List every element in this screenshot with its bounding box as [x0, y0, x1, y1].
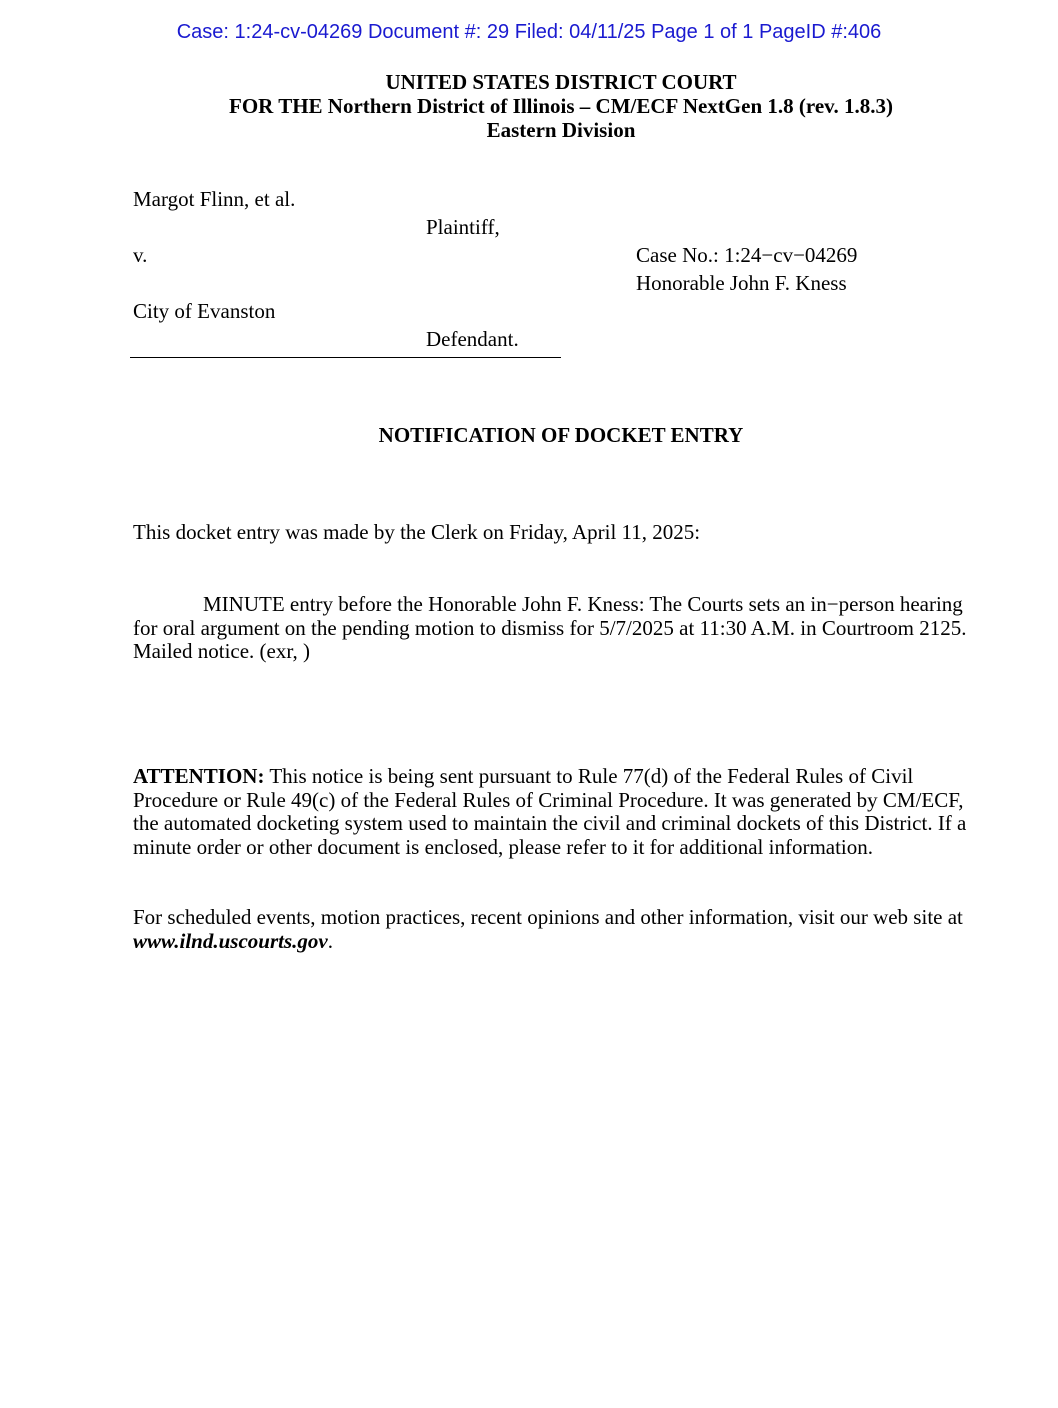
website-notice: For scheduled events, motion practices, … — [133, 906, 983, 953]
caption-divider — [130, 357, 561, 358]
defendant-label: Defendant. — [426, 327, 519, 351]
defendant-name: City of Evanston — [133, 299, 275, 323]
attention-notice: ATTENTION: This notice is being sent pur… — [133, 765, 983, 859]
case-number: Case No.: 1:24−cv−04269 — [636, 243, 857, 267]
plaintiff-label: Plaintiff, — [426, 215, 500, 239]
website-notice-text: For scheduled events, motion practices, … — [133, 905, 963, 929]
judge-name: Honorable John F. Kness — [636, 271, 847, 295]
attention-label: ATTENTION: — [133, 764, 264, 788]
website-notice-end: . — [328, 929, 333, 953]
court-division: Eastern Division — [0, 118, 1058, 142]
website-link[interactable]: www.ilnd.uscourts.gov — [133, 929, 328, 953]
entry-intro: This docket entry was made by the Clerk … — [133, 521, 983, 545]
court-district: FOR THE Northern District of Illinois – … — [0, 94, 1058, 118]
filing-stamp: Case: 1:24-cv-04269 Document #: 29 Filed… — [0, 21, 1058, 44]
document-title: NOTIFICATION OF DOCKET ENTRY — [0, 423, 1058, 448]
minute-entry-text: MINUTE entry before the Honorable John F… — [133, 592, 967, 663]
court-name: UNITED STATES DISTRICT COURT — [0, 70, 1058, 94]
minute-entry: MINUTE entry before the Honorable John F… — [133, 593, 983, 664]
plaintiff-name: Margot Flinn, et al. — [133, 187, 295, 211]
versus: v. — [133, 243, 147, 267]
